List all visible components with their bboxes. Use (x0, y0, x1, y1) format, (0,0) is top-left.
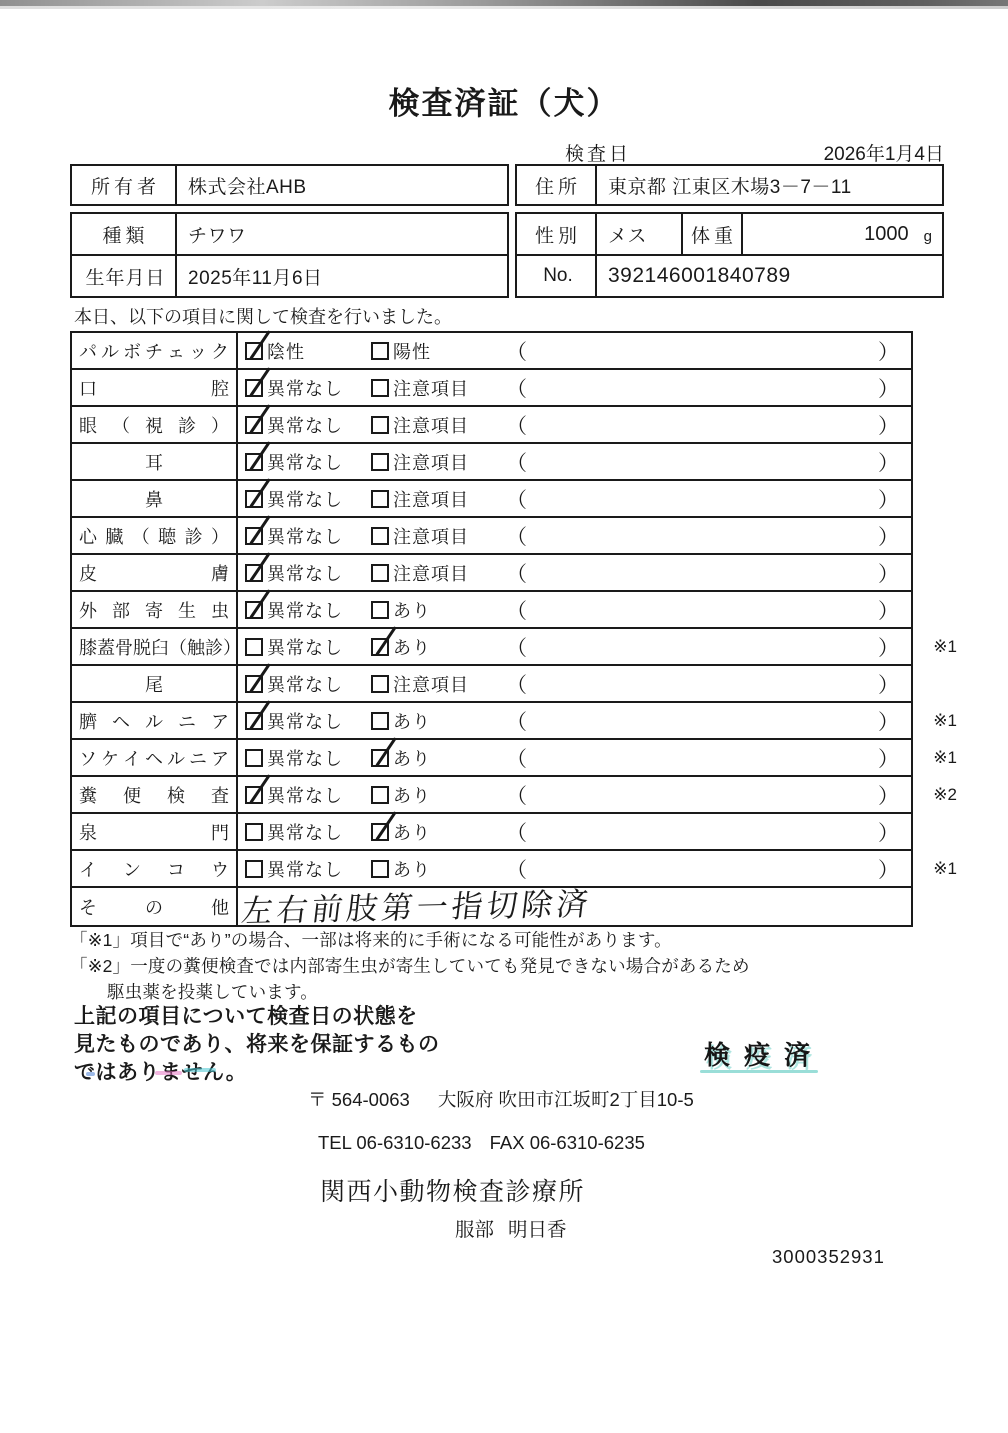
option2-label: 注意項目 (393, 555, 469, 590)
checklist-row-label: 皮膚 (72, 555, 238, 590)
option2-label: 注意項目 (393, 407, 469, 442)
checklist-row-label: 外部寄生虫 (72, 592, 238, 627)
checklist-row-content: 異常なし 注意項目 （ ） (238, 555, 911, 590)
disclaimer-line-3: ではありません。 (74, 1059, 440, 1087)
checklist-row-content: 異常なし 注意項目 （ ） (238, 666, 911, 701)
quarantine-passed-stamp: 検疫済 (704, 1035, 824, 1072)
clinic-postal-line: 〒 564-0063大阪府 吹田市江坂町2丁目10-5 (308, 1086, 694, 1112)
remark-paren-close: ） (878, 703, 899, 738)
option1-label: 異常なし (267, 407, 343, 442)
checklist-row-label: 尾 (72, 666, 238, 701)
checkbox-option2 (371, 453, 389, 471)
checklist-row-label: 臍ヘルニア (72, 703, 238, 738)
checklist-row-label: 口腔 (72, 370, 238, 405)
remark-paren-open: （ (506, 629, 527, 664)
option2-label: 注意項目 (393, 370, 469, 405)
handwritten-remark: 左右前肢第一指切除済 (239, 878, 594, 930)
no-value: 392146001840789 (597, 256, 942, 296)
checkbox-option2 (371, 379, 389, 397)
checklist-row-content: 異常なし あり （ ） ※1 (238, 703, 911, 738)
disclaimer-line-1: 上記の項目について検査日の状態を (74, 1003, 440, 1031)
footnote-reference-mark: ※2 (933, 777, 957, 812)
remark-paren-close: ） (878, 407, 899, 442)
owner-table-left: 所有者 株式会社AHB (70, 164, 509, 206)
option2-label: 注意項目 (393, 518, 469, 553)
remark-paren-close: ） (878, 777, 899, 812)
checklist-table: パルボチェック 陰性 陽性 （ ） 口腔 異常なし (70, 331, 913, 927)
footnote-reference-mark: ※1 (933, 629, 957, 664)
remark-paren-open: （ (506, 481, 527, 516)
exam-date-label: 検査日 (565, 139, 631, 166)
checklist-row: 鼻 異常なし 注意項目 （ ） (72, 481, 911, 518)
checklist-row: 膝蓋骨脱臼（触診） 異常なし あり （ ） ※1 (72, 629, 911, 666)
remark-paren-open: （ (506, 703, 527, 738)
option1-label: 異常なし (267, 444, 343, 479)
sex-value: メス (597, 214, 683, 254)
option1-label: 異常なし (267, 851, 343, 886)
checklist-row-content: 異常なし 注意項目 （ ） (238, 370, 911, 405)
owner-name: 株式会社AHB (177, 166, 507, 204)
footnote-2: 「※2」一度の糞便検査では内部寄生虫が寄生していても発見できない場合があるため (70, 953, 750, 978)
document-title: 検査済証（犬） (0, 78, 1008, 123)
checklist-row: 皮膚 異常なし 注意項目 （ ） (72, 555, 911, 592)
option2-label: 注意項目 (393, 481, 469, 516)
checklist-row-label: 耳 (72, 444, 238, 479)
option1-label: 異常なし (267, 777, 343, 812)
footnote-reference-mark: ※1 (933, 740, 957, 775)
remark-paren-open: （ (506, 444, 527, 479)
weight-label: 体重 (683, 214, 743, 254)
remark-paren-close: ） (878, 814, 899, 849)
pet-table-left: 種類 チワワ 生年月日 2025年11月6日 (70, 212, 509, 298)
checklist-row: 臍ヘルニア 異常なし あり （ ） ※1 (72, 703, 911, 740)
scan-color-artifact-blue (86, 1072, 95, 1076)
checklist-row-label: ソケイヘルニア (72, 740, 238, 775)
option2-label: 陽性 (393, 333, 431, 368)
disclaimer: 上記の項目について検査日の状態を 見たものであり、将来を保証するもの ではありま… (74, 1003, 440, 1087)
checklist-row: 心臓（聴診） 異常なし 注意項目 （ ） (72, 518, 911, 555)
remark-paren-open: （ (506, 555, 527, 590)
owner-address-label: 住所 (517, 166, 597, 204)
checkbox-option2 (371, 860, 389, 878)
checklist-row-content: 左右前肢第一指切除済 (238, 888, 911, 925)
option2-label: あり (393, 592, 431, 627)
remark-paren-close: ） (878, 518, 899, 553)
clinic-fax: FAX 06-6310-6235 (490, 1132, 645, 1153)
footnote-1: 「※1」項目で“あり”の場合、一部は将来的に手術になる可能性があります。 (70, 927, 672, 952)
checklist-row-label: 泉門 (72, 814, 238, 849)
option1-label: 異常なし (267, 703, 343, 738)
remark-paren-open: （ (506, 518, 527, 553)
checklist-row-content: 異常なし 注意項目 （ ） (238, 518, 911, 553)
checklist-row-content: 異常なし あり （ ） (238, 592, 911, 627)
option2-label: あり (393, 740, 431, 775)
remark-paren-open: （ (506, 370, 527, 405)
checklist-row-content: 陰性 陽性 （ ） (238, 333, 911, 368)
checkbox-option2 (371, 712, 389, 730)
checkbox-option2 (371, 416, 389, 434)
veterinarian-last-name: 服部 (455, 1219, 494, 1241)
veterinarian-first-name: 明日香 (508, 1219, 567, 1241)
option2-label: 注意項目 (393, 444, 469, 479)
option1-label: 異常なし (267, 518, 343, 553)
checklist-row-content: 異常なし 注意項目 （ ） (238, 481, 911, 516)
remark-paren-open: （ (506, 740, 527, 775)
exam-date-value: 2026年1月4日 (824, 139, 944, 166)
option2-label: あり (393, 777, 431, 812)
remark-paren-open: （ (506, 592, 527, 627)
clinic-address: 大阪府 吹田市江坂町2丁目10-5 (438, 1089, 694, 1110)
option1-label: 異常なし (267, 555, 343, 590)
checkbox-option2 (371, 601, 389, 619)
checklist-row-content: 異常なし あり （ ） ※1 (238, 629, 911, 664)
checklist-row-content: 異常なし あり （ ） ※2 (238, 777, 911, 812)
option1-label: 異常なし (267, 370, 343, 405)
remark-paren-close: ） (878, 555, 899, 590)
option1-label: 異常なし (267, 666, 343, 701)
option1-label: 陰性 (267, 333, 305, 368)
option2-label: 注意項目 (393, 666, 469, 701)
remark-paren-close: ） (878, 666, 899, 701)
checklist-row-content: 異常なし あり （ ） ※1 (238, 740, 911, 775)
checklist-row: その他 左右前肢第一指切除済 (72, 888, 911, 925)
footnote-2-continued: 駆虫薬を投薬しています。 (107, 979, 318, 1004)
checklist-row-label: パルボチェック (72, 333, 238, 368)
clinic-tel-line: TEL 06-6310-6233FAX 06-6310-6235 (318, 1132, 645, 1154)
checkbox-option2 (371, 564, 389, 582)
checklist-row-content: 異常なし 注意項目 （ ） (238, 444, 911, 479)
remark-paren-close: ） (878, 333, 899, 368)
remark-paren-open: （ (506, 333, 527, 368)
checkbox-option1 (245, 860, 263, 878)
weight-cell: 1000 g (743, 214, 942, 254)
checkbox-option2 (371, 342, 389, 360)
checklist-row: 泉門 異常なし あり （ ） (72, 814, 911, 851)
clinic-tel: TEL 06-6310-6233 (318, 1132, 472, 1153)
remark-paren-close: ） (878, 592, 899, 627)
option2-label: あり (393, 629, 431, 664)
sex-label: 性別 (517, 214, 597, 254)
checklist-row: 口腔 異常なし 注意項目 （ ） (72, 370, 911, 407)
pet-table-right: 性別 メス 体重 1000 g No. 392146001840789 (515, 212, 944, 298)
checkbox-option1 (245, 823, 263, 841)
checklist-row-label: 鼻 (72, 481, 238, 516)
remark-paren-close: ） (878, 481, 899, 516)
weight-unit: g (924, 228, 932, 245)
veterinarian-name: 服部明日香 (455, 1214, 567, 1242)
option2-label: あり (393, 814, 431, 849)
owner-address: 東京都 江東区木場3－7－11 (597, 166, 942, 204)
option2-label: あり (393, 851, 431, 886)
owner-table-right: 住所 東京都 江東区木場3－7－11 (515, 164, 944, 206)
weight-value: 1000 (864, 223, 909, 246)
checkbox-option2 (371, 490, 389, 508)
checklist-row-label: その他 (72, 888, 238, 925)
scan-edge-artifact-2 (0, 6, 1008, 9)
checkbox-option2 (371, 675, 389, 693)
checklist-row: 糞便検査 異常なし あり （ ） ※2 (72, 777, 911, 814)
remark-paren-open: （ (506, 407, 527, 442)
checklist-row-label: 膝蓋骨脱臼（触診） (72, 629, 238, 664)
remark-paren-close: ） (878, 444, 899, 479)
remark-paren-close: ） (878, 370, 899, 405)
checklist-row: 眼（視診） 異常なし 注意項目 （ ） (72, 407, 911, 444)
checkbox-option1 (245, 638, 263, 656)
remark-paren-open: （ (506, 666, 527, 701)
checklist-row: 外部寄生虫 異常なし あり （ ） (72, 592, 911, 629)
checkbox-option1 (245, 749, 263, 767)
option1-label: 異常なし (267, 629, 343, 664)
remark-paren-open: （ (506, 777, 527, 812)
option1-label: 異常なし (267, 740, 343, 775)
checkbox-option2 (371, 527, 389, 545)
stamp-ink-artifact (700, 1070, 818, 1073)
checklist-row: パルボチェック 陰性 陽性 （ ） (72, 333, 911, 370)
remark-paren-close: ） (878, 740, 899, 775)
checklist-row-label: 心臓（聴診） (72, 518, 238, 553)
remark-paren-close: ） (878, 629, 899, 664)
option2-label: あり (393, 703, 431, 738)
checklist-row-label: インコウ (72, 851, 238, 886)
scan-color-artifact-pink (155, 1071, 182, 1075)
checklist-row-label: 糞便検査 (72, 777, 238, 812)
scan-color-artifact-cyan (184, 1068, 216, 1072)
owner-label: 所有者 (72, 166, 177, 204)
checkbox-option2 (371, 786, 389, 804)
clinic-postal-code: 〒 564-0063 (308, 1089, 410, 1110)
breed-label: 種類 (72, 214, 177, 254)
remark-paren-close: ） (878, 851, 899, 886)
checklist-row: 耳 異常なし 注意項目 （ ） (72, 444, 911, 481)
checklist-row-content: 異常なし 注意項目 （ ） (238, 407, 911, 442)
birth-label: 生年月日 (72, 256, 177, 296)
footnote-reference-mark: ※1 (933, 703, 957, 738)
option1-label: 異常なし (267, 592, 343, 627)
checklist-row: ソケイヘルニア 異常なし あり （ ） ※1 (72, 740, 911, 777)
breed-value: チワワ (177, 214, 507, 254)
checklist-row-label: 眼（視診） (72, 407, 238, 442)
scanned-certificate-page: 検査済証（犬） 検査日 2026年1月4日 所有者 株式会社AHB 住所 東京都… (0, 0, 1008, 1433)
remark-paren-open: （ (506, 814, 527, 849)
checklist-row-content: 異常なし あり （ ） (238, 814, 911, 849)
clinic-name: 関西小動物検査診療所 (320, 1172, 585, 1208)
checklist-row: 尾 異常なし 注意項目 （ ） (72, 666, 911, 703)
intro-text: 本日、以下の項目に関して検査を行いました。 (74, 303, 452, 329)
disclaimer-line-2: 見たものであり、将来を保証するもの (74, 1031, 440, 1059)
option1-label: 異常なし (267, 814, 343, 849)
serial-number: 3000352931 (772, 1246, 885, 1268)
no-label: No. (517, 256, 597, 296)
footnote-reference-mark: ※1 (933, 851, 957, 886)
option1-label: 異常なし (267, 481, 343, 516)
birth-value: 2025年11月6日 (177, 256, 507, 296)
